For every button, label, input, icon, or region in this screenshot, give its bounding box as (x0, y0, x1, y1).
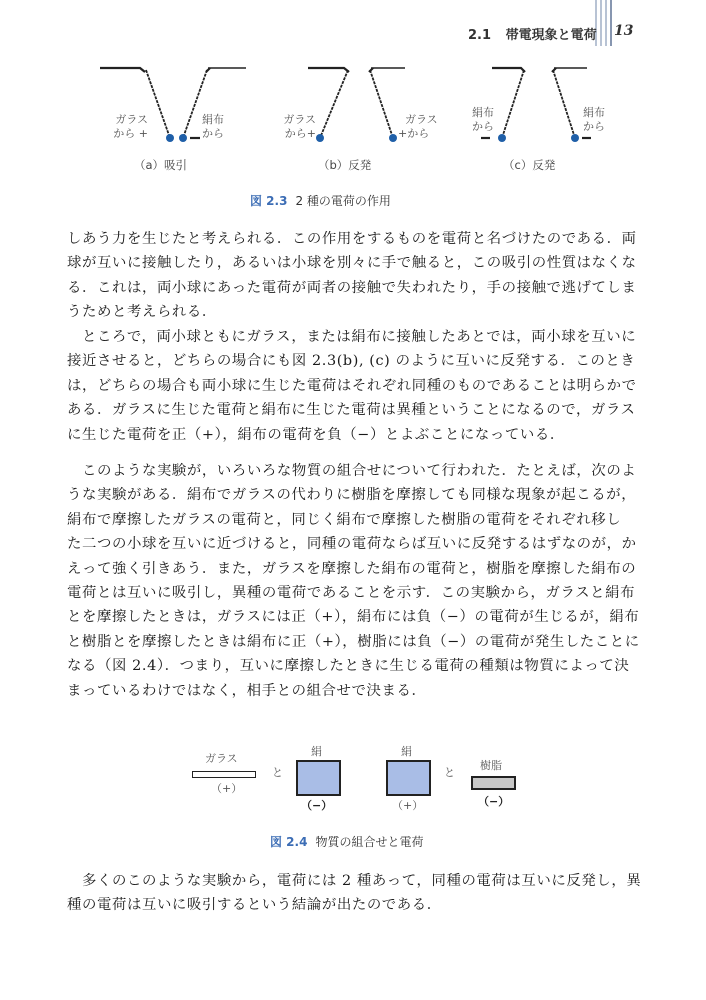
resin-sign: （−） (478, 795, 509, 809)
panel-a-label: （a）吸引 (134, 157, 187, 173)
label-glass-b-right: ガラス +から (398, 113, 458, 141)
figure-2-3-diagram (0, 0, 706, 180)
label-glass-b-left: ガラス から+ (250, 113, 316, 141)
resin-block (471, 776, 516, 790)
silk-block-2 (386, 760, 431, 796)
connector-and-2: と (444, 766, 455, 780)
charged-ball (498, 134, 506, 142)
panel-b-label: （b）反発 (318, 157, 371, 173)
material-silk-label-2: 絹 (401, 745, 412, 759)
paragraph-3: このような実験が，いろいろな物質の組合せについて行われた．たとえば，次のよ うな… (67, 459, 649, 703)
figure-2-3-caption: 図 2.32 種の電荷の作用 (250, 192, 391, 209)
charged-ball (166, 134, 174, 142)
figure-2-4-caption: 図 2.4物質の組合せと電荷 (270, 833, 423, 850)
silk-block-1 (296, 760, 341, 796)
label-silk-c-right: 絹布 から (583, 106, 623, 134)
charged-ball (316, 134, 324, 142)
label-glass-a: ガラス から + (98, 113, 148, 141)
glass-rod (192, 771, 256, 778)
material-resin-label: 樹脂 (480, 759, 502, 773)
charged-ball (179, 134, 187, 142)
label-silk-a: 絹布 から (202, 113, 242, 141)
glass-sign: （+） (211, 782, 242, 796)
charged-ball (389, 134, 397, 142)
silk-sign-1: （−） (301, 799, 332, 813)
paragraph-2: ところで，両小球ともにガラス，または絹布に接触したあとでは，両小球を互いに 接近… (67, 325, 649, 447)
silk-sign-2: （+） (392, 799, 423, 813)
material-glass-label: ガラス (205, 752, 238, 766)
charged-ball (571, 134, 579, 142)
paragraph-1: しあう力を生じたと考えられる．この作用をするものを電荷と名づけたのである．両 球… (67, 227, 649, 325)
panel-c-label: （c）反発 (503, 157, 555, 173)
paragraph-4: 多くのこのような実験から，電荷には 2 種あって，同種の電荷は互いに反発し，異 … (67, 869, 649, 918)
connector-and-1: と (272, 766, 283, 780)
material-silk-label-1: 絹 (311, 745, 322, 759)
label-silk-c-left: 絹布 から (472, 106, 512, 134)
